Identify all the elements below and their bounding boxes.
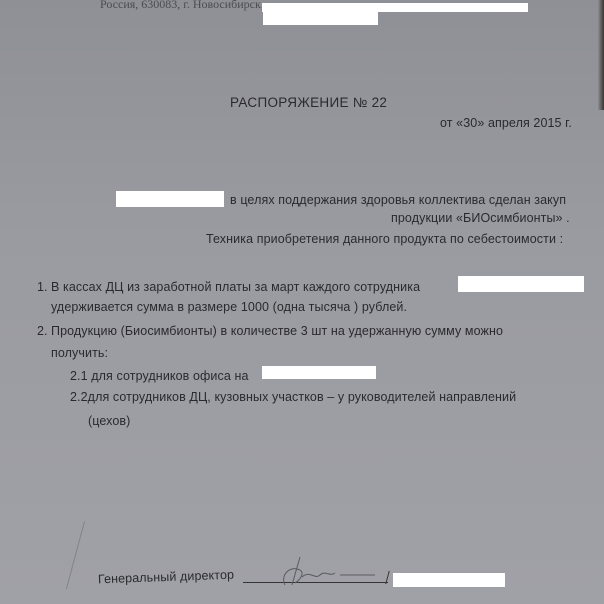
item-2-line-2: получить: bbox=[51, 346, 108, 360]
redacted-subitem-2-1 bbox=[262, 366, 376, 379]
signature-icon bbox=[280, 555, 380, 590]
item-1-number: 1. bbox=[37, 280, 48, 294]
redacted-header-address bbox=[262, 3, 528, 12]
document-date: от «30» апреля 2015 г. bbox=[440, 116, 572, 130]
paper-edge bbox=[598, 0, 604, 110]
header-address: Россия, 630083, г. Новосибирск, bbox=[100, 0, 264, 12]
intro-line-1: в целях поддержания здоровья коллектива … bbox=[230, 193, 566, 207]
document-title: РАСПОРЯЖЕНИЕ № 22 bbox=[230, 95, 387, 110]
method-line: Техника приобретения данного продукта по… bbox=[206, 232, 563, 246]
margin-mark bbox=[66, 521, 85, 589]
subitem-2-1: 2.1 для сотрудников офиса на bbox=[70, 369, 249, 383]
item-1-line-1: В кассах ДЦ из заработной платы за март … bbox=[51, 280, 420, 294]
redacted-company-name bbox=[116, 191, 224, 207]
redacted-header-address-2 bbox=[263, 12, 378, 25]
item-2-line-1: Продукцию (Биосимбионты) в количестве 3 … bbox=[51, 324, 503, 338]
item-1-line-2: удерживается сумма в размере 1000 (одна … bbox=[51, 300, 407, 314]
item-2-number: 2. bbox=[37, 324, 48, 338]
subitem-2-2: 2.2для сотрудников ДЦ, кузовных участков… bbox=[70, 390, 516, 404]
subitem-2-2-line-2: (цехов) bbox=[88, 414, 130, 428]
signatory-title: Генеральный директор bbox=[98, 568, 234, 587]
redacted-item-1 bbox=[458, 276, 584, 292]
redacted-signatory-name bbox=[393, 573, 505, 587]
intro-line-2: продукции «БИОсимбионты» . bbox=[391, 211, 570, 225]
